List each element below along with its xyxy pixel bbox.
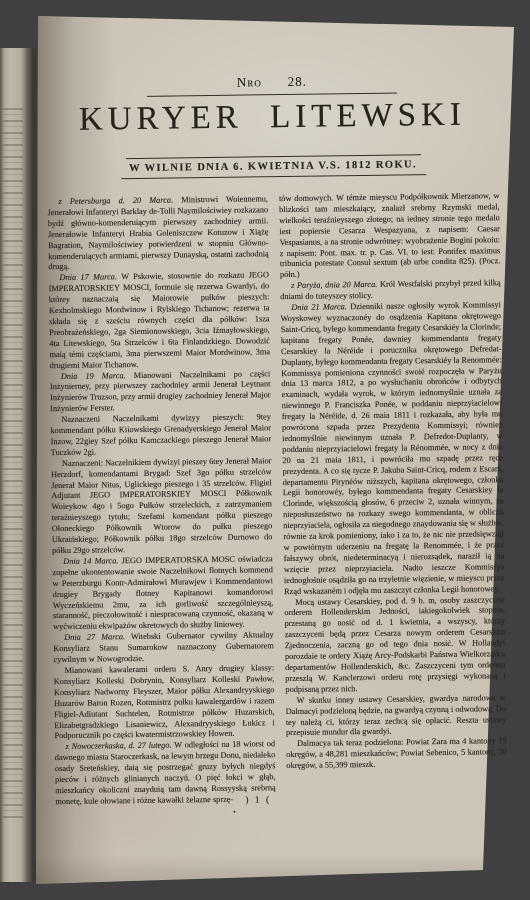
paragraph-text: tów domowych. W témże mieyscu Podpółkown… xyxy=(279,191,500,279)
issue-number: 28. xyxy=(288,74,307,89)
book-gutter xyxy=(0,48,40,882)
paragraph-lead: Dnia 27 Marca. xyxy=(64,632,125,642)
adjacent-page-text-edge xyxy=(3,108,23,822)
paragraph: Naznaczeni: Naczelnikiem dywizyi pieszey… xyxy=(51,456,273,557)
paragraph: Dnia 19 Marca. Mianowani Naczelnikami po… xyxy=(50,369,271,416)
paragraph-text: Mianowani kawalerami orderu S. Anry drug… xyxy=(54,663,275,740)
paragraph-text: Dalmacya tak teraz podzielona: Powiat Za… xyxy=(286,736,507,770)
paragraph-text: W Pskowie, stosownie do rozkazu JEGO IMP… xyxy=(49,271,270,370)
paragraph: tów domowych. W témże mieyscu Podpółkown… xyxy=(279,191,501,281)
paragraph: z Petersburga d. 20 Marca. Ministrowi Wo… xyxy=(47,194,268,273)
ink-speck xyxy=(233,811,235,813)
paragraph: Dnia 17 Marca. W Pskowie, stosownie do r… xyxy=(48,271,270,372)
signature-mark: ) 1 ( xyxy=(245,795,271,805)
paragraph: Dnia 14 Marca. JEGO IMPERATORSKA MOSC oś… xyxy=(52,554,273,633)
dateline-rule-below xyxy=(121,174,426,179)
paragraph: Dnia 21 Marca. Dzienniki nasze ogłosiły … xyxy=(280,300,504,597)
paragraph-lead: Dnia 21 Marca. xyxy=(291,302,347,312)
paragraph: Naznaczeni Naczelnikami dywizyy pieszych… xyxy=(50,412,271,459)
issue-line: Nro28. xyxy=(46,71,498,93)
dateline: W WILNIE DNIA 6. KWIETNIA V.S. 1812 ROKU… xyxy=(47,158,499,175)
newspaper-page: Nro28. KURYER LITEWSKI W WILNIE DNIA 6. … xyxy=(45,13,507,808)
paragraph: z Paryża, dnia 20 Marca. Król Westfalski… xyxy=(280,278,501,303)
paragraph: z Nowoczerkaska, d. 27 lutego. W odległo… xyxy=(55,740,276,808)
paragraph-text: JEGO IMPERATORSKA MOSC oświadcza zupełne… xyxy=(52,554,273,631)
paragraph: Dnia 27 Marca. Witebski Gubernator cywil… xyxy=(53,630,274,666)
paragraph: Mocą ustawy Cesarskiey, pod d. 9 b. m, o… xyxy=(284,595,506,696)
column-right: tów domowych. W témże mieyscu Podpółkown… xyxy=(279,191,507,805)
paragraph-lead: z Nowoczerkaska, d. 27 lutego. xyxy=(66,741,172,751)
paragraph-text: Naznaczeni: Naczelnikiem dywizyi pieszey… xyxy=(51,456,272,555)
paragraph: Dalmacya tak teraz podzielona: Powiat Za… xyxy=(286,736,507,772)
paragraph: W skutku inney ustawy Cesarskiey, gwardy… xyxy=(285,693,506,740)
paragraph-text: Ministrowi Woiennemu, Jenerałowi Infante… xyxy=(48,194,269,271)
paragraph-text: Naznaczeni Naczelnikami dywizyy pieszych… xyxy=(50,412,271,457)
paragraph-lead: z Petersburga d. 20 Marca. xyxy=(58,195,173,206)
paragraph-lead: Dnia 19 Marca. xyxy=(61,371,126,381)
header-rule-top xyxy=(147,93,397,97)
masthead-title: KURYER LITEWSKI xyxy=(46,96,498,139)
paragraph-text: Dzienniki nasze ogłosiły wyrok Kommissyi… xyxy=(280,300,504,595)
paragraph: Mianowani kawalerami orderu S. Anry drug… xyxy=(54,663,275,742)
column-left: z Petersburga d. 20 Marca. Ministrowi Wo… xyxy=(47,194,275,808)
text-columns: z Petersburga d. 20 Marca. Ministrowi Wo… xyxy=(47,191,507,808)
paragraph-lead: Dnia 17 Marca. xyxy=(59,273,117,283)
dateline-rule-above xyxy=(125,154,420,159)
paragraph-text: Mocą ustawy Cesarskiey, pod d. 9 b. m, o… xyxy=(284,595,505,694)
issue-label: Nro xyxy=(237,74,262,89)
paragraph-text: W skutku inney ustawy Cesarskiey, gwardy… xyxy=(286,693,507,738)
paragraph-lead: z Paryża, dnia 20 Marca. xyxy=(291,280,377,290)
paragraph-lead: Dnia 14 Marca. xyxy=(63,556,118,566)
